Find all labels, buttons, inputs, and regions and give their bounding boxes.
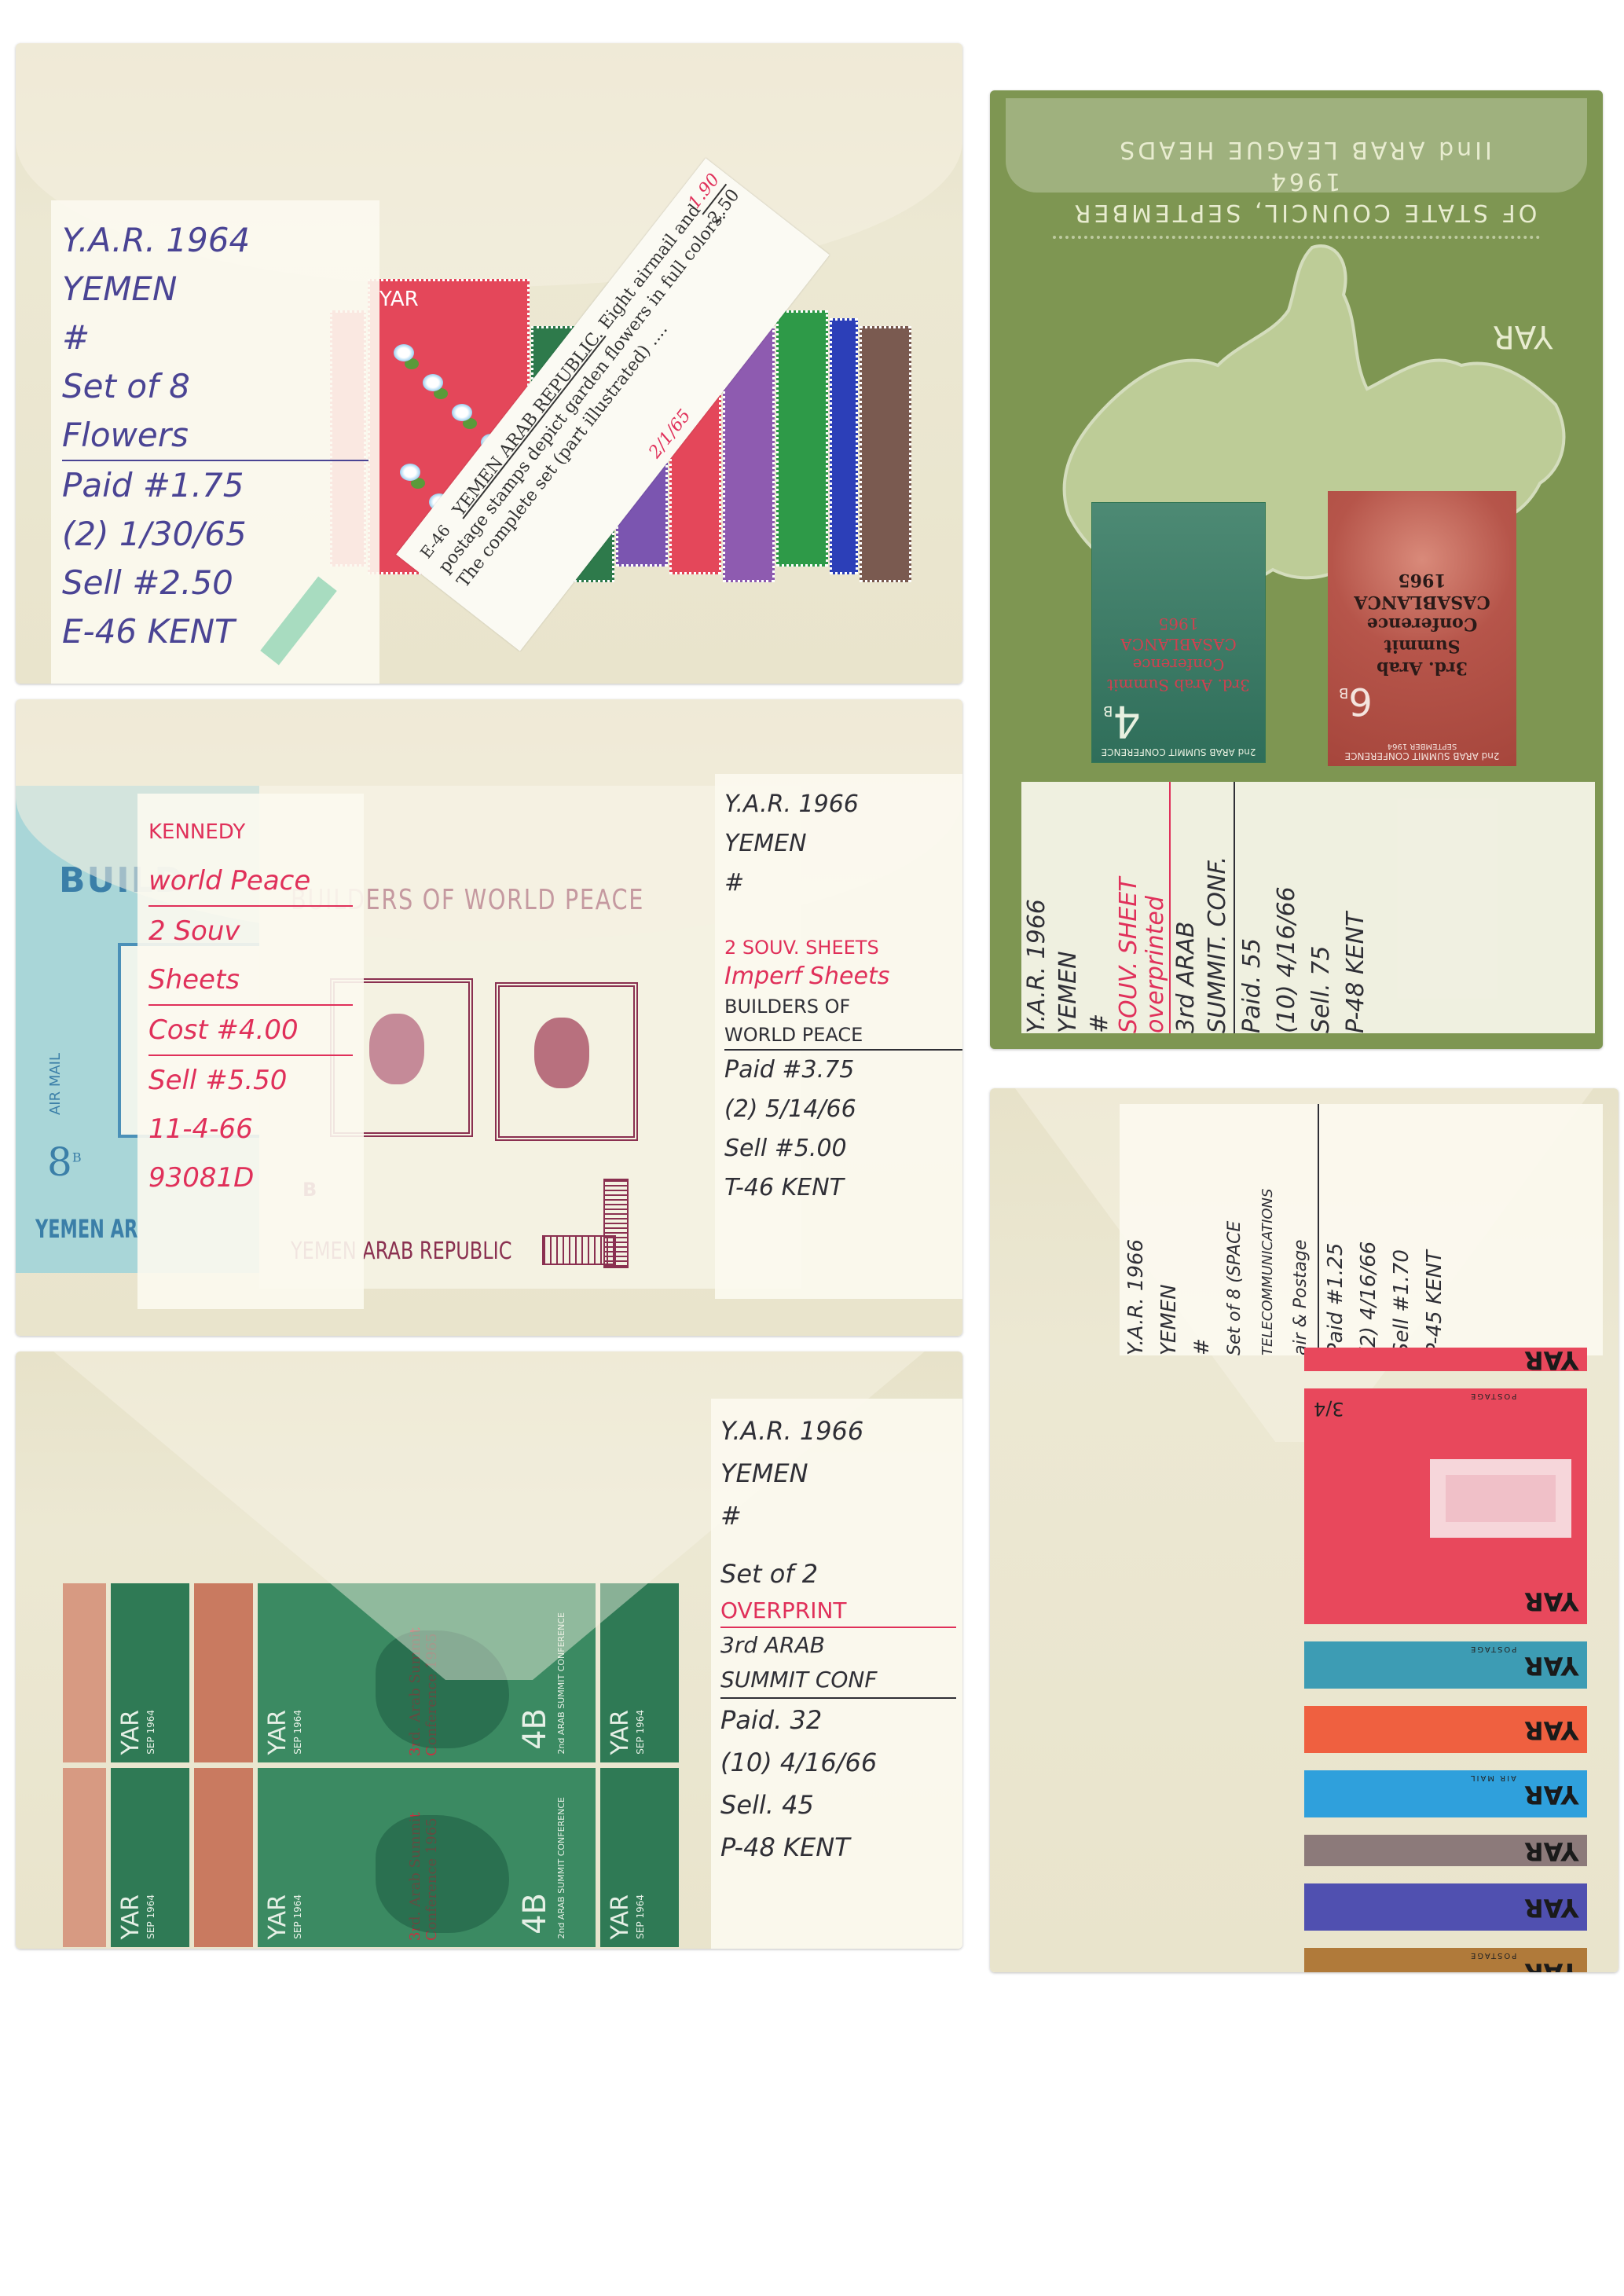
stamp-country: YAR (1524, 1893, 1579, 1923)
stamp-country: YAR (1524, 1715, 1579, 1745)
note-line: overprinted (1142, 782, 1171, 1033)
stamp-country: YAR (1524, 1348, 1579, 1371)
flower-icon (400, 464, 420, 481)
note-line: Sell #5.50 (148, 1056, 353, 1105)
stamp-date: SEP 1964 (292, 1894, 303, 1939)
note-line: 3rd ARAB (1171, 782, 1202, 1033)
stamp-country: YAR (1524, 1651, 1579, 1681)
note-line: Y.A.R. 1966 (724, 785, 962, 824)
note-line: Paid #1.25 (1319, 1104, 1352, 1355)
handwritten-note-left: KENNEDY world Peace 2 Souv Sheets Cost #… (137, 794, 364, 1309)
note-line: (2) 1/30/65 (62, 510, 368, 559)
envelope-world-peace: BUILD AIR MAIL 8B YEMEN AR BUILDERS OF W… (16, 699, 962, 1336)
stamp-label: POSTAGE (1469, 1951, 1516, 1960)
note-line: Y.A.R. 1966 (1120, 1104, 1153, 1355)
note-line: (10) 4/16/66 (1270, 782, 1304, 1033)
note-line: YEMEN (1053, 782, 1084, 1033)
satellite-icon (1430, 1459, 1571, 1538)
summit-stamp: YARSEP 19644B2nd ARAB SUMMIT CONFERENCE3… (258, 1768, 596, 1947)
space-stamp: YAR (1304, 1706, 1587, 1753)
stamp-country: YAR (1524, 1957, 1579, 1972)
note-line: Sheets (148, 955, 353, 1006)
handwritten-note: Y.A.R. 1966 YEMEN # SOUV. SHEET overprin… (1021, 782, 1595, 1033)
note-line: Sell. 45 (720, 1784, 956, 1826)
note-line: SUMMIT. CONF. (1202, 782, 1235, 1033)
note-line: Y.A.R. 1966 (1021, 782, 1053, 1033)
portrait-2 (534, 1018, 589, 1088)
note-line: Cost #4.00 (148, 1006, 353, 1056)
note-line: Paid #1.75 (62, 461, 368, 510)
sheet-header-line-1: IInd ARAB LEAGUE HEADS (1037, 134, 1571, 165)
note-line: # (1084, 782, 1116, 1033)
envelope-flowers: YAR Y.A.R. 1964 YEMEN # Set of 8 Flowers… (16, 43, 962, 684)
stamp-country: YAR (1524, 1780, 1579, 1810)
note-line: Set of 2 (720, 1553, 956, 1595)
note-line: Sell #1.70 (1385, 1104, 1418, 1355)
handwritten-note-right: Y.A.R. 1966 YEMEN # 2 SOUV. SHEETS Imper… (715, 774, 962, 1299)
note-line: (2) 5/14/66 (724, 1090, 962, 1129)
stamp-value: 3/4 (1314, 1398, 1344, 1420)
note-line: # (62, 314, 368, 362)
note-line: T-46 KENT (724, 1168, 962, 1208)
stamp-country: YAR (117, 1710, 145, 1755)
stamp-country: YAR (370, 281, 527, 317)
space-stamp: YARAIR MAIL (1304, 1770, 1587, 1817)
note-line: E-46 KENT (62, 607, 368, 656)
note-line: SOUV. SHEET (1116, 782, 1142, 1033)
note-line: WORLD PEACE (724, 1021, 962, 1051)
note-line: # (1186, 1104, 1219, 1355)
stamp-overprint: 3rd. Arab Summit Conference CASABLANCA 1… (1328, 569, 1516, 679)
note-line: SUMMIT CONF (720, 1663, 956, 1699)
space-stamp: YAR (1304, 1883, 1587, 1931)
stamp-value: 4 (1113, 695, 1141, 746)
air-mail-label: AIR MAIL (47, 1053, 64, 1115)
space-stamp: YAR (1304, 1348, 1587, 1371)
flower-stamp (830, 318, 858, 574)
stamp-country: YAR (117, 1894, 145, 1939)
note-line: YEMEN (724, 824, 962, 864)
note-line: Imperf Sheets (724, 961, 962, 992)
stamp-4b-green: 2nd ARAB SUMMIT CONFERENCE 4B 3rd. Arab … (1092, 503, 1265, 762)
space-stamp: YARPOSTAGE (1304, 1641, 1587, 1689)
handwritten-note: Y.A.R. 1966 YEMEN # Set of 8 (SPACE TELE… (1120, 1104, 1603, 1355)
summit-stamp (194, 1768, 253, 1947)
space-stamp: YARPOSTAGE (1304, 1948, 1587, 1972)
note-line: OVERPRINT (720, 1595, 956, 1628)
stamp-date: SEP 1964 (145, 1894, 156, 1939)
note-line: Y.A.R. 1964 (62, 216, 368, 265)
note-line: YEMEN (720, 1452, 956, 1495)
summit-stamp (194, 1583, 253, 1762)
note-line: Paid. 32 (720, 1699, 956, 1741)
note-line: 11-4-66 (148, 1105, 353, 1154)
un-building-icon (542, 1179, 636, 1265)
sheet-value: 8B (47, 1139, 82, 1185)
note-line: # (720, 1495, 956, 1537)
summit-stamp: YARSEP 1964 (111, 1768, 189, 1947)
note-line: air & Postage (1285, 1104, 1319, 1355)
note-line: 2 SOUV. SHEETS (724, 934, 962, 961)
sheet-country-partial: YEMEN AR (35, 1214, 137, 1244)
summit-stamp: YARSEP 1964 (111, 1583, 189, 1762)
note-line: Paid #3.75 (724, 1051, 962, 1090)
space-stamp: YAR (1304, 1835, 1587, 1866)
note-line: Sell. 75 (1304, 782, 1339, 1033)
note-line: KENNEDY (148, 808, 353, 856)
handwritten-note: Y.A.R. 1966 YEMEN # Set of 2 OVERPRINT 3… (711, 1399, 962, 1949)
envelope-summit-blocks: YARSEP 1964YARSEP 1964YARSEP 19644B2nd A… (16, 1352, 962, 1949)
stamp-text: 2nd ARAB SUMMIT CONFERENCE (1092, 746, 1265, 757)
stamp-date: SEP 1964 (635, 1894, 646, 1939)
summit-stamp: YARSEP 1964 (600, 1768, 679, 1947)
stamp-country: YAR (607, 1710, 634, 1755)
flower-icon (423, 374, 443, 391)
handwritten-note: Y.A.R. 1964 YEMEN # Set of 8 Flowers Pai… (51, 200, 379, 684)
stamp-date: SEP 1964 (292, 1710, 303, 1755)
note-line: YEMEN (62, 265, 368, 314)
summit-stamp (63, 1583, 106, 1762)
envelope-space-telecom: Y.A.R. 1966 YEMEN # Set of 8 (SPACE TELE… (990, 1088, 1619, 1972)
stamp-text: 2nd ARAB SUMMIT CONFERENCE (556, 1797, 566, 1939)
envelope-arab-league-sheet: OF STATE COUNCIL, SEPTEMBER 1964 IInd AR… (990, 90, 1603, 1049)
note-line: Paid. 55 (1235, 782, 1270, 1033)
note-line: Set of 8 (SPACE (1219, 1104, 1252, 1355)
note-line: YEMEN (1153, 1104, 1186, 1355)
flower-icon (452, 404, 472, 421)
stamp-subtext: SEPTEMBER 1964 (1328, 742, 1516, 750)
stamp-text: 2nd ARAB SUMMIT CONFERENCE (1328, 750, 1516, 761)
stamp-value: 4B (517, 1708, 553, 1750)
stamp-label: POSTAGE (1469, 1645, 1516, 1653)
stamp-label: AIR MAIL (1469, 1773, 1516, 1782)
stamp-country: YAR (1524, 1586, 1579, 1616)
portrait-1 (369, 1014, 424, 1084)
note-line: Y.A.R. 1966 (720, 1410, 956, 1452)
note-line: 3rd ARAB (720, 1628, 956, 1663)
note-line: (2) 4/16/66 (1352, 1104, 1385, 1355)
summit-stamp (63, 1768, 106, 1947)
unit: B (72, 1150, 82, 1165)
note-line: (10) 4/16/66 (720, 1741, 956, 1784)
space-stamp: YAR3/4POSTAGE (1304, 1388, 1587, 1624)
map-shape (376, 1815, 509, 1933)
note-line: Set of 8 (62, 362, 368, 411)
stamp-6b-red: 2nd ARAB SUMMIT CONFERENCE SEPTEMBER 196… (1328, 491, 1516, 766)
stamp-unit: B (1103, 702, 1113, 719)
flower-icon (394, 344, 414, 361)
stamp-country: YAR (264, 1710, 291, 1755)
flower-stamp (860, 326, 911, 582)
note-line: Sell #5.00 (724, 1129, 962, 1168)
stamp-value: 6 (1348, 679, 1373, 723)
note-line: Flowers (62, 411, 368, 461)
stamp-value: 4B (517, 1893, 553, 1935)
stamp-label: POSTAGE (1469, 1392, 1516, 1400)
stamp-country: YAR (607, 1894, 634, 1939)
note-line: # (724, 864, 962, 903)
space-stamp-strip: YARYAR3/4POSTAGEYARPOSTAGEYARYARAIR MAIL… (1304, 1348, 1611, 1972)
stamp-country: YAR (264, 1894, 291, 1939)
stamp-unit: B (1339, 684, 1348, 701)
stamp-date: SEP 1964 (635, 1710, 646, 1755)
stamp-overprint: 3rd. Arab Summit Conference CASABLANCA 1… (1092, 614, 1265, 695)
stamp-date: SEP 1964 (145, 1710, 156, 1755)
note-line: 2 Souv (148, 907, 353, 955)
note-line: world Peace (148, 856, 353, 907)
flower-stamp (776, 310, 828, 567)
note-line: P-48 KENT (720, 1826, 956, 1869)
note-line: P-45 KENT (1418, 1104, 1451, 1355)
note-line: BUILDERS OF (724, 992, 962, 1021)
stamp-country: YAR (1524, 1836, 1579, 1866)
note-line: TELECOMMUNICATIONS (1252, 1104, 1285, 1355)
value: 8 (47, 1139, 72, 1185)
note-line: 93081D (148, 1154, 353, 1202)
note-line: P-48 KENT (1339, 782, 1373, 1033)
